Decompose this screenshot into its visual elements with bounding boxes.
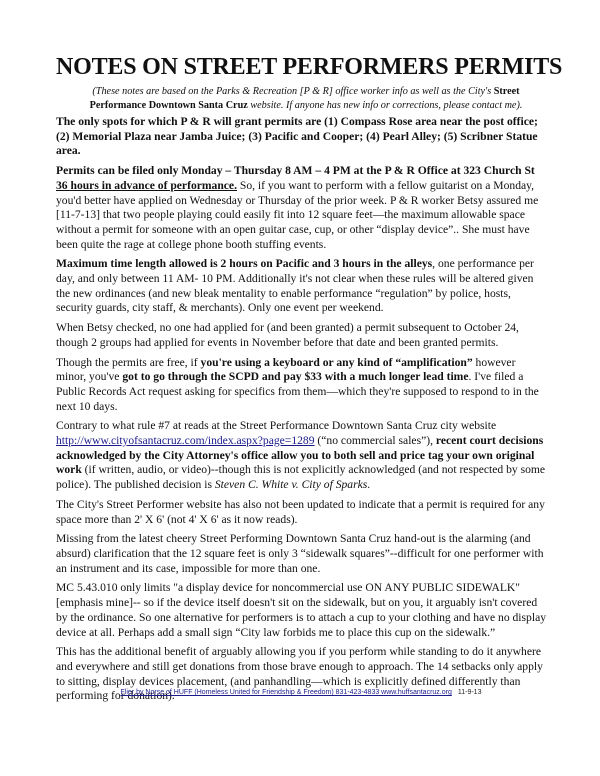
subtitle-note: (These notes are based on the Parks & Re…: [72, 85, 540, 113]
time-length-bold: Maximum time length allowed is 2 hours o…: [56, 257, 432, 270]
commercial-text-4: .: [367, 478, 370, 491]
footer-credit-link[interactable]: Flier by Norse of HUFF (Homeless United …: [121, 689, 452, 696]
commercial-text-2: (“no commercial sales”),: [315, 434, 436, 447]
amplification-bold-1: you're using a keyboard or any kind of “…: [201, 356, 473, 369]
paragraph-mc-ordinance: MC 5.43.010 only limits "a display devic…: [56, 581, 548, 640]
permit-locations-bold: The only spots for which P & R will gran…: [56, 115, 538, 157]
paragraph-betsy-checked: When Betsy checked, no one had applied f…: [56, 321, 548, 350]
court-case-italic: Steven C. White v. City of Sparks: [215, 478, 367, 491]
betsy-checked-text: When Betsy checked, no one had applied f…: [56, 321, 519, 349]
subtitle-italic-1: (These notes are based on the Parks & Re…: [92, 86, 493, 97]
city-website-link[interactable]: http://www.cityofsantacruz.com/index.asp…: [56, 434, 315, 447]
subtitle-italic-2: website. If anyone has new info or corre…: [248, 100, 523, 111]
paragraph-time-length: Maximum time length allowed is 2 hours o…: [56, 257, 548, 316]
handout-missing-text: Missing from the latest cheery Street Pe…: [56, 532, 544, 574]
paragraph-filing-hours: Permits can be filed only Monday – Thurs…: [56, 164, 548, 252]
advance-notice-bold-underline: 36 hours in advance of performance.: [56, 179, 237, 192]
amplification-text-1: Though the permits are free, if: [56, 356, 201, 369]
page-title: NOTES ON STREET PERFORMERS PERMITS: [56, 54, 546, 81]
commercial-text-1: Contrary to what rule #7 at reads at the…: [56, 419, 496, 432]
footer-date: 11-9-13: [458, 689, 482, 696]
mc-ordinance-text: MC 5.43.010 only limits "a display devic…: [56, 581, 546, 638]
paragraph-amplification: Though the permits are free, if you're u…: [56, 356, 548, 415]
paragraph-commercial-sales: Contrary to what rule #7 at reads at the…: [56, 419, 548, 493]
footer: Flier by Norse of HUFF (Homeless United …: [56, 689, 546, 696]
document-body: The only spots for which P & R will gran…: [56, 115, 548, 709]
filing-hours-bold: Permits can be filed only Monday – Thurs…: [56, 164, 535, 177]
paragraph-handout-missing: Missing from the latest cheery Street Pe…: [56, 532, 548, 576]
website-outdated-text: The City's Street Performer website has …: [56, 498, 545, 526]
paragraph-permit-locations: The only spots for which P & R will gran…: [56, 115, 548, 159]
amplification-bold-2: got to go through the SCPD and pay $33 w…: [122, 370, 468, 383]
paragraph-website-outdated: The City's Street Performer website has …: [56, 498, 548, 527]
